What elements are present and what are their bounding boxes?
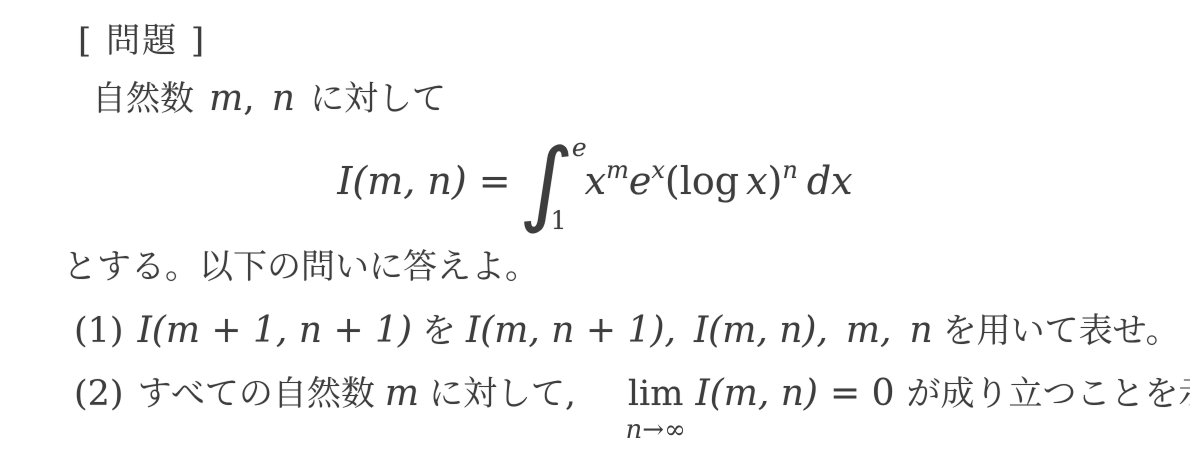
intro-text-1: 自然数	[92, 79, 194, 119]
q1-math-term2: I(m, n),	[694, 310, 828, 351]
q1-particle: を	[422, 311, 456, 351]
exponent-n: n	[782, 156, 797, 184]
q1-math-term4: n	[910, 310, 933, 351]
integral-icon: ∫	[518, 137, 576, 229]
closing-text: とする。以下の問いに答えよ。	[63, 247, 539, 287]
q2-var-m: m	[385, 373, 419, 414]
q1-math-target: I(m + 1, n + 1)	[138, 310, 412, 351]
math-problem-page: [ 問題 ] 自然数 m, n に対して I(m, n) =∫e1xmex(lo…	[0, 0, 1190, 451]
formula-row: I(m, n) =∫e1xmex(logx)ndx	[0, 136, 1190, 234]
intro-text-2: に対して	[310, 79, 446, 119]
closing-line: とする。以下の問いに答えよ。	[63, 246, 539, 289]
q1-math-term3: m,	[846, 310, 892, 351]
integral-upper-limit: e	[572, 132, 587, 163]
q1-math-term1: I(m, n + 1),	[466, 310, 676, 351]
formula-lhs: I(m, n) =	[337, 159, 510, 203]
log-open: (log	[665, 159, 739, 203]
question-1-number: (1)	[74, 311, 124, 351]
integral-lower-limit: 1	[551, 205, 567, 236]
question-2: (2)すべての自然数mに対して,limn→∞I(m, n)= 0が成り立つことを…	[74, 371, 1190, 417]
integral-construct: ∫e1	[523, 136, 577, 234]
q2-text-2: に対して,	[429, 374, 576, 414]
q2-text-1: すべての自然数	[138, 374, 375, 414]
problem-header: [ 問題 ]	[78, 20, 206, 63]
differential-dx: dx	[807, 159, 853, 203]
question-1: (1)I(m + 1, n + 1)をI(m, n + 1),I(m, n),m…	[74, 308, 1180, 354]
lim-operator: lim	[628, 374, 684, 414]
q2-math-expression: I(m, n)	[695, 373, 818, 414]
limit-construct: limn→∞	[628, 373, 684, 417]
comma: ,	[243, 78, 254, 119]
question-2-number: (2)	[74, 374, 124, 414]
integrand-e: e	[629, 159, 652, 203]
intro-line: 自然数 m, n に対して	[92, 76, 446, 121]
q2-instruction: が成り立つことを示せ。	[906, 374, 1190, 414]
q1-instruction: を用いて表せ。	[943, 311, 1180, 351]
exponent-x: x	[651, 156, 665, 184]
exponent-m: m	[606, 156, 629, 184]
lim-subscript: n→∞	[626, 414, 686, 447]
integrand-x: x	[585, 159, 606, 203]
var-n: n	[272, 78, 295, 119]
log-arg-x: x	[746, 159, 767, 203]
var-m: m	[209, 78, 243, 119]
paren-close: )	[768, 159, 783, 203]
q2-equals-zero: = 0	[830, 373, 895, 414]
